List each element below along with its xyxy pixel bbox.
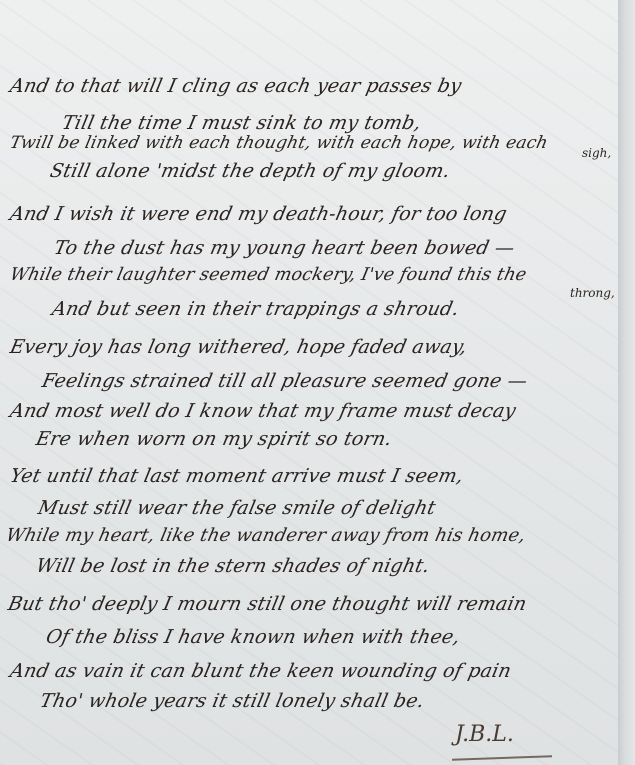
poem-line: Of the bliss I have known when with thee… bbox=[44, 626, 462, 648]
poem-line: And but seen in their trappings a shroud… bbox=[50, 298, 461, 320]
paper-edge-shadow bbox=[618, 0, 635, 765]
poem-line: While their laughter seemed mockery, I'v… bbox=[8, 265, 528, 285]
poem-line: Tho' whole years it still lonely shall b… bbox=[38, 690, 426, 712]
poem-line: And as vain it can blunt the keen woundi… bbox=[8, 660, 513, 682]
poem-line: Twill be linked with each thought, with … bbox=[8, 133, 550, 153]
poem-line: Till the time I must sink to my tomb, bbox=[60, 112, 423, 134]
signature-flourish bbox=[452, 755, 552, 760]
manuscript-page: And to that will I cling as each year pa… bbox=[0, 0, 618, 765]
poem-line: Yet until that last moment arrive must I… bbox=[8, 465, 465, 487]
poem-line: To the dust has my young heart been bowe… bbox=[52, 237, 517, 259]
poem-line: And most well do I know that my frame mu… bbox=[8, 400, 518, 422]
poem-line: But tho' deeply I mourn still one though… bbox=[6, 593, 529, 615]
margin-note: throng, bbox=[570, 286, 615, 300]
poem-line: And I wish it were end my death-hour, fo… bbox=[8, 203, 509, 225]
poem-line: Still alone 'midst the depth of my gloom… bbox=[48, 160, 452, 182]
poem-line: Must still wear the false smile of delig… bbox=[36, 497, 438, 519]
margin-note: sigh, bbox=[582, 146, 611, 160]
poem-line: And to that will I cling as each year pa… bbox=[8, 75, 464, 97]
poem-line: Will be lost in the stern shades of nigh… bbox=[34, 555, 432, 577]
poem-line: While my heart, like the wanderer away f… bbox=[4, 525, 528, 546]
poem-line: Feelings strained till all pleasure seem… bbox=[40, 370, 529, 392]
poem-line: Every joy has long withered, hope faded … bbox=[8, 336, 469, 358]
signature-monogram: J.B.L. bbox=[455, 722, 514, 747]
poem-line: Ere when worn on my spirit so torn. bbox=[34, 428, 394, 450]
